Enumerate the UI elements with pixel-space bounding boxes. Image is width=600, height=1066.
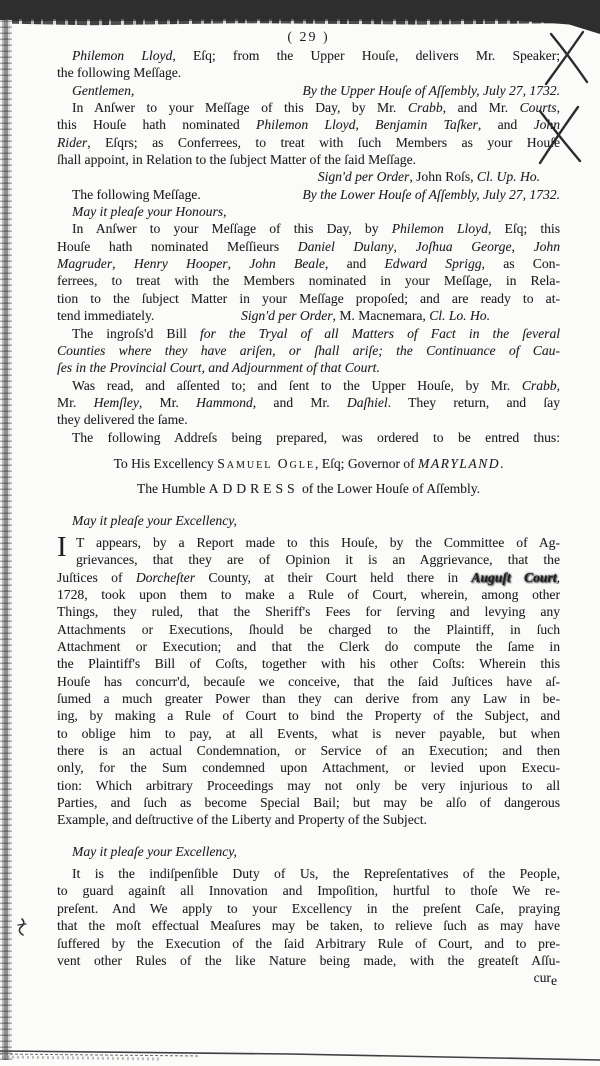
text-line: tion to the ſubject Matter in your Meſſa… [57, 290, 560, 307]
text-line: to guard againſt all Innovation and Impo… [57, 882, 560, 899]
text-line: Mr. Hemſley, Mr. Hammond, and Mr. Daſhie… [57, 394, 560, 411]
text-line: ſuffered by the Execution of the ſaid Ar… [57, 935, 560, 952]
text-line: The following Meſſage.By the Lower Houſe… [57, 186, 560, 203]
text-line: T appears, by a Report made to this Houſ… [57, 534, 560, 551]
text-line: Gentlemen,By the Upper Houſe of Aſſembly… [57, 82, 560, 99]
text-line: the Plaintiff's Bill of Coſts, together … [57, 655, 560, 672]
text-line: this Houſe hath nominated Philemon Lloyd… [57, 116, 560, 133]
text-line: Parties, and ſuch as become Special Bail… [57, 794, 560, 811]
text-line: Attachments or Executions, ſhould be cha… [57, 621, 560, 638]
text-line: cure [57, 969, 560, 986]
text-line: May it pleaſe your Excellency, [57, 843, 560, 860]
text-block: ( 29 ) Philemon Lloyd, Eſq; from the Upp… [57, 28, 560, 987]
page-left-binding-edge [0, 20, 12, 1060]
text-line: The Humble ADDRESS of the Lower Houſe of… [57, 480, 560, 497]
text-line: the following Meſſage. [57, 64, 560, 81]
text-line: ſes in the Provincial Court, and Adjourn… [57, 359, 560, 376]
text-line: preſent. And We apply to your Excellency… [57, 900, 560, 917]
text-line: vent other Rules of the like Nature bein… [57, 952, 560, 969]
text-line: May it pleaſe your Honours, [57, 203, 560, 220]
text-line: Attachment or Execution; and that the Cl… [57, 638, 560, 655]
x-mark-annotation-icon [534, 103, 590, 165]
scanned-document-page: ( 29 ) Philemon Lloyd, Eſq; from the Upp… [0, 0, 600, 1066]
text-line: Was read, and aſſented to; and ſent to t… [57, 377, 560, 394]
text-line: grievances, that they are of Opinion it … [57, 551, 560, 568]
text-line: Houſe hath nominated Meſſieurs Daniel Du… [57, 238, 560, 255]
text-line: Things, they ruled, that the Sheriff's F… [57, 603, 560, 620]
text-line: To His Excellency Samuel Ogle, Eſq; Gove… [57, 455, 560, 472]
text-line: Philemon Lloyd, Eſq; from the Upper Houſ… [57, 47, 560, 64]
text-line: 1728, took upon them to make a Rule of C… [57, 586, 560, 603]
page-bottom-edge [0, 1044, 600, 1064]
text-line: ſhall appoint, in Relation to the ſubjec… [57, 151, 560, 168]
text-line: ſumed a much greater Power than they can… [57, 690, 560, 707]
text-line: Magruder, Henry Hooper, John Beale, and … [57, 255, 560, 272]
text-line: that the moſt effectual Meaſures may be … [57, 917, 560, 934]
text-line: ing, by making a Rule of Court to bind t… [57, 707, 560, 724]
text-line: May it pleaſe your Excellency, [57, 512, 560, 529]
text-line: only, for the Sum condemned upon Attachm… [57, 759, 560, 776]
text-line: Counties where they have ariſen, or ſhal… [57, 342, 560, 359]
text-line: Rider, Eſqrs; as Conferrees, to treat wi… [57, 134, 560, 151]
drop-cap: I [57, 531, 72, 565]
text-line: tion: Which arbitrary Proceedings may no… [57, 777, 560, 794]
x-mark-annotation-icon [543, 30, 595, 86]
text-line: Sign'd per Order, John Roſs, Cl. Up. Ho. [57, 168, 560, 185]
page-top-torn-edge [0, 19, 600, 26]
text-line: they delivered the ſame. [57, 411, 560, 428]
text-line: to oblige him to pay, at all Events, wha… [57, 725, 560, 742]
text-line: Houſe has concurr'd, becauſe we conceive… [57, 673, 560, 690]
text-line: ferrees, to treat with the Members nomin… [57, 272, 560, 289]
text-line: In Anſwer to your Meſſage of this Day, b… [57, 220, 560, 237]
text-line: there is an actual Condemnation, or Serv… [57, 742, 560, 759]
text-line: The ingroſs'd Bill for the Tryal of all … [57, 325, 560, 342]
text-block-lines: Philemon Lloyd, Eſq; from the Upper Houſ… [57, 47, 560, 987]
ink-squiggle-annotation-icon [14, 916, 30, 938]
text-line: The following Addreſs being prepared, wa… [57, 429, 560, 446]
text-line: In Anſwer to your Meſſage of this Day, b… [57, 99, 560, 116]
text-line: tend immediately.Sign'd per Order, M. Ma… [57, 307, 560, 324]
text-line: It is the indiſpenſible Duty of Us, the … [57, 865, 560, 882]
text-line: Example, and deſtructive of the Liberty … [57, 811, 560, 828]
text-line: Juſtices of Dorcheſter County, at their … [57, 569, 560, 586]
page-number: ( 29 ) [57, 28, 560, 47]
